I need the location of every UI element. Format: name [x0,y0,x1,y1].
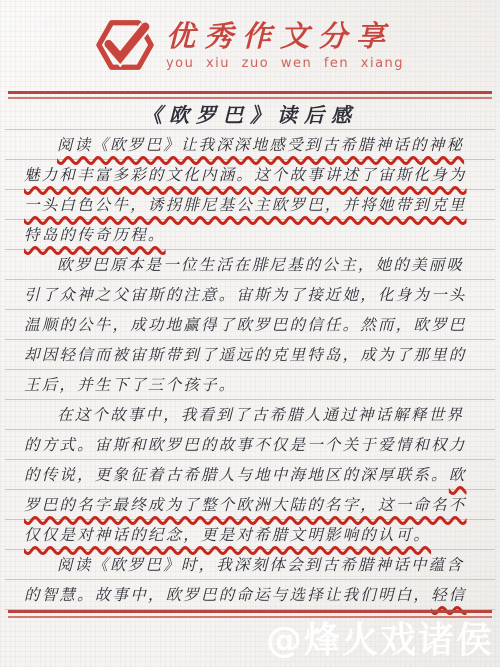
essay-line: 的智慧。故事中，欧罗巴的命运与选择让我们明白，轻信 [24,580,480,610]
essay-line: 温顺的公牛，成功地赢得了欧罗巴的信任。然而，欧罗巴 [24,310,480,340]
brand-text-block: 优秀作文分享 you xiu zuo wen fen xiang [166,19,404,71]
essay-line: 的传说，更象征着古希腊人与地中海地区的深厚联系。欧 [24,460,480,490]
essay-text: 的传说，更象征着古希腊人与地中海地区的深厚联系。 [24,466,449,484]
brand-header: 优秀作文分享 you xiu zuo wen fen xiang [0,16,500,74]
essay-text-wavy-underlined: 轻信 [431,586,466,604]
essay-text: 欧罗巴原本是一位生活在腓尼基的公主，她的美丽吸 [57,256,464,274]
essay-line: 阅读《欧罗巴》让我深深地感受到古希腊神话的神秘 [24,130,480,160]
brand-title: 优秀作文分享 [166,19,404,53]
hexagon-check-icon [96,16,154,74]
essay-line: 阅读《欧罗巴》时，我深刻体会到古希腊神话中蕴含 [24,550,480,580]
essay-text-wavy-underlined: 欧 [449,466,467,484]
essay-text: 的方式。宙斯和欧罗巴的故事不仅是一个关于爱情和权力 [24,436,467,454]
essay-line: 特岛的传奇历程。 [24,220,480,250]
essay-title: 《欧罗巴》读后感 [0,100,500,130]
essay-text-wavy-underlined: 一头白色公牛，诱拐腓尼基公主欧罗巴，并将她带到克里 [24,196,467,214]
essay-text: 温顺的公牛，成功地赢得了欧罗巴的信任。然而，欧罗巴 [24,316,467,334]
essay-text: 阅读《欧罗巴》时，我深刻体会到古希腊神话中蕴含 [57,556,464,574]
essay-text-wavy-underlined: 罗巴的名字最终成为了整个欧洲大陆的名字，这一命名不 [24,496,467,514]
essay-line: 欧罗巴原本是一位生活在腓尼基的公主，她的美丽吸 [24,250,480,280]
essay-text-wavy-underlined: 特岛的传奇历程。 [24,226,166,244]
essay-text: 却因轻信而被宙斯带到了遥远的克里特岛，成为了那里的 [24,346,467,364]
essay-line: 引了众神之父宙斯的注意。宙斯为了接近她，化身为一头 [24,280,480,310]
essay-text-wavy-underlined: 阅读《欧罗巴》让我深深地感受到古希腊神话的神秘 [57,136,464,154]
essay-text: 的智慧。故事中，欧罗巴的命运与选择让我们明白， [24,586,431,604]
essay-body: 阅读《欧罗巴》让我深深地感受到古希腊神话的神秘魅力和丰富多彩的文化内涵。这个故事… [24,130,480,610]
essay-line: 却因轻信而被宙斯带到了遥远的克里特岛，成为了那里的 [24,340,480,370]
essay-line: 魅力和丰富多彩的文化内涵。这个故事讲述了宙斯化身为 [24,160,480,190]
essay-line: 在这个故事中，我看到了古希腊人通过神话解释世界 [24,400,480,430]
header-divider-line [8,91,492,99]
essay-line: 仅仅是对神话的纪念，更是对希腊文明影响的认可。 [24,520,480,550]
essay-text: 引了众神之父宙斯的注意。宙斯为了接近她，化身为一头 [24,286,467,304]
essay-line: 罗巴的名字最终成为了整个欧洲大陆的名字，这一命名不 [24,490,480,520]
essay-text: 王后，并生下了三个孩子。 [24,376,236,394]
essay-text-wavy-underlined: 仅仅是对神话的纪念，更是对希腊文明影响的认可。 [24,526,431,544]
brand-logo: 优秀作文分享 you xiu zuo wen fen xiang [96,16,404,74]
essay-text: 在这个故事中，我看到了古希腊人通过神话解释世界 [57,406,464,424]
essay-paper-page: 优秀作文分享 you xiu zuo wen fen xiang 《欧罗巴》读后… [0,0,500,667]
essay-line: 王后，并生下了三个孩子。 [24,370,480,400]
essay-text-wavy-underlined: 魅力和丰富多彩的文化内涵。这个故事讲述了宙斯化身为 [24,166,467,184]
watermark-text: @烽火戏诸侯 [266,612,494,663]
essay-line: 一头白色公牛，诱拐腓尼基公主欧罗巴，并将她带到克里 [24,190,480,220]
essay-line: 的方式。宙斯和欧罗巴的故事不仅是一个关于爱情和权力 [24,430,480,460]
brand-pinyin: you xiu zuo wen fen xiang [166,56,404,71]
